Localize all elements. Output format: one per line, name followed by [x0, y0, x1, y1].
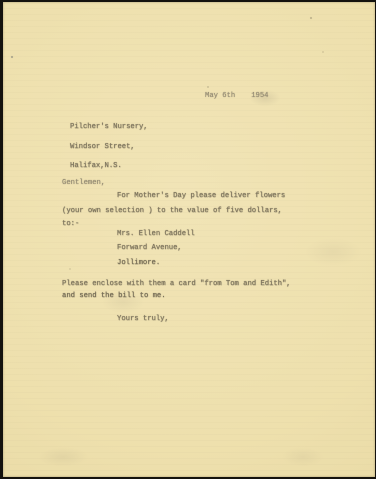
bill-instruction-line: and send the bill to me. [62, 292, 166, 300]
date-line: May 6th1954 [205, 92, 268, 100]
delivery-locality-line: Jollimore. [117, 259, 160, 267]
nursery-name-line: Pilcher's Nursery, [70, 123, 148, 131]
nursery-street-line: Windsor Street, [70, 143, 135, 151]
salutation-line: Gentlemen, [62, 179, 105, 187]
body-request-line-1: For Mother's Day please deliver flowers [117, 192, 285, 200]
date-year: 1954 [251, 92, 268, 100]
delivery-name-line: Mrs. Ellen Caddell [117, 230, 195, 238]
letter-page: May 6th1954 Pilcher's Nursery, Windsor S… [3, 2, 375, 477]
body-request-line-2: (your own selection ) to the value of fi… [62, 207, 282, 215]
closing-line: Yours truly, [117, 315, 169, 323]
card-instruction-line: Please enclose with them a card "from To… [62, 280, 291, 288]
body-to-label: to:- [62, 220, 79, 228]
date-text: May 6th [205, 92, 235, 100]
delivery-street-line: Forward Avenue, [117, 244, 182, 252]
scanned-letter-photo: May 6th1954 Pilcher's Nursery, Windsor S… [0, 0, 376, 479]
nursery-city-line: Halifax,N.S. [70, 162, 122, 170]
